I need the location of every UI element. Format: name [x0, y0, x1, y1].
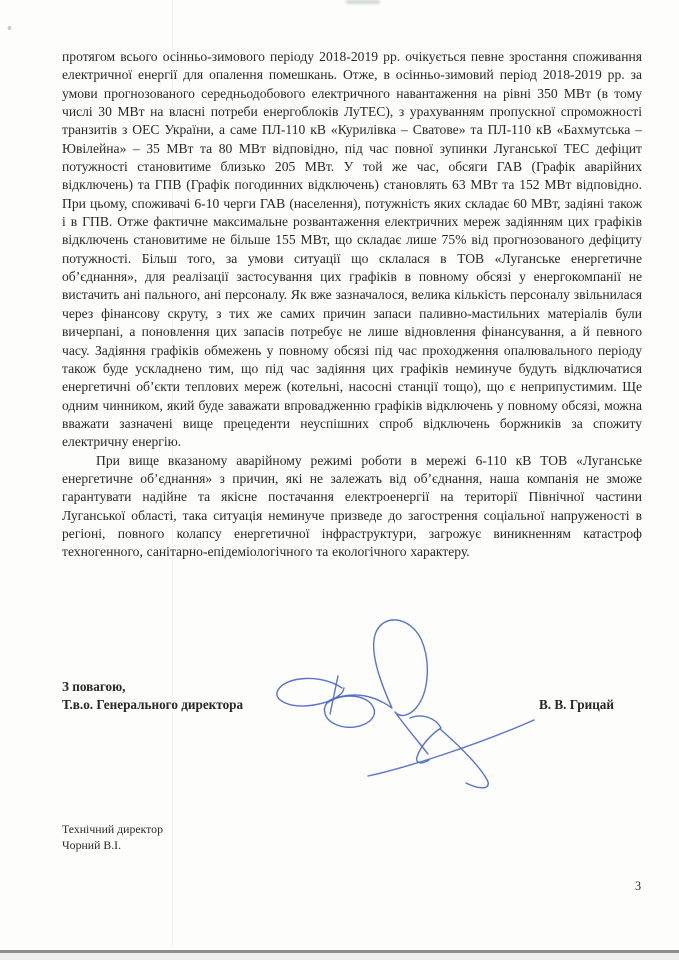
signature-stroke-long-sweep	[368, 720, 534, 776]
signature-stroke-tail	[440, 729, 488, 788]
letter-body: протягом всього осінньо-зимового періоду…	[62, 48, 642, 562]
scan-artifact-speck	[7, 26, 12, 31]
closing-salutation: З повагою,	[62, 678, 243, 696]
scan-bottom-edge-shadow	[0, 953, 679, 960]
body-paragraph-2: При вище вказаному аварійному режимі роб…	[62, 452, 642, 562]
closing-block: З повагою, Т.в.о. Генерального директора…	[62, 678, 642, 713]
document-page: протягом всього осінньо-зимового періоду…	[0, 0, 679, 960]
signer-name: В. В. Грицай	[539, 696, 614, 714]
closing-left: З повагою, Т.в.о. Генерального директора	[62, 678, 243, 713]
page-number: 3	[635, 879, 641, 894]
signature-stroke-zigzag	[410, 716, 441, 763]
secondary-signer-block: Технічний директор Чорний В.І.	[62, 822, 163, 853]
scan-artifact-top-smudge	[346, 0, 380, 4]
secondary-signer-name: Чорний В.І.	[62, 838, 163, 854]
signer-title: Т.в.о. Генерального директора	[62, 696, 243, 714]
body-paragraph-1: протягом всього осінньо-зимового періоду…	[62, 48, 642, 452]
secondary-signer-title: Технічний директор	[62, 822, 163, 838]
